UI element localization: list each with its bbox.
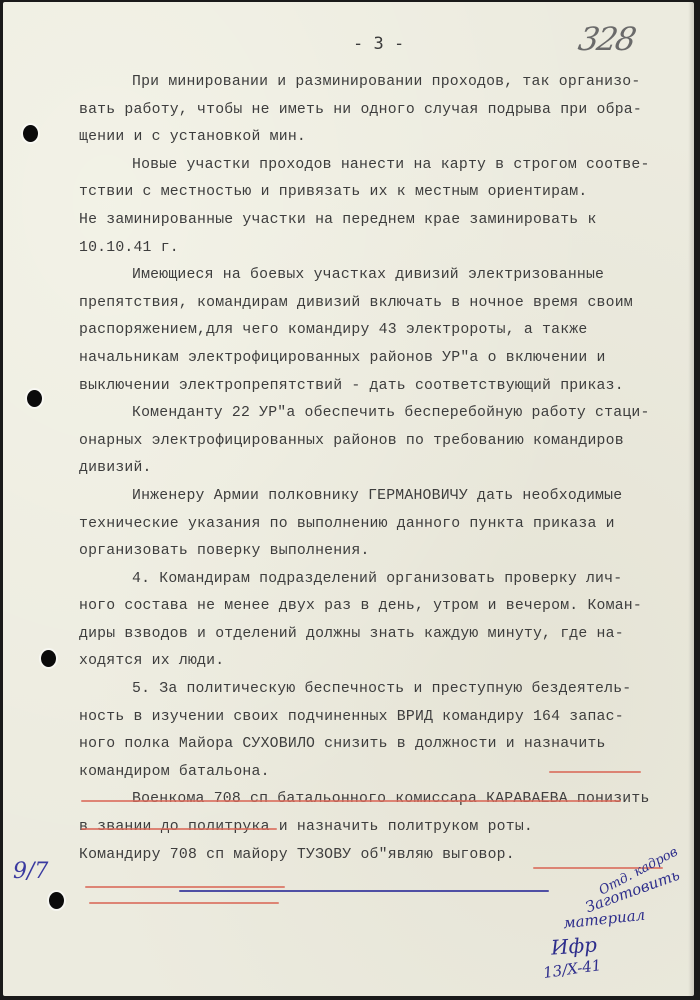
text-line: онарных электрофицированных районов по т… [79,428,689,456]
text-line: вать работу, чтобы не иметь ни одного сл… [79,97,689,125]
text-line: дивизий. [79,455,689,483]
text-line: ходятся их люди. [79,648,689,676]
red-underline [81,800,621,802]
text-line: Имеющиеся на боевых участках дивизий эле… [79,262,689,290]
text-line: ность в изучении своих подчиненных ВРИД … [79,704,689,732]
handwritten-line: Ифр [550,932,597,959]
archive-page-number: 328 [576,20,638,58]
punch-hole [27,390,42,407]
handwritten-line: материал [562,906,646,932]
text-line: организовать поверку выполнения. [79,538,689,566]
text-line: тствии с местностью и привязать их к мес… [79,179,689,207]
text-line: щении и с установкой мин. [79,124,689,152]
punch-hole [41,650,56,667]
text-line: Командиру 708 сп майору ТУЗОВУ об"являю … [79,842,689,870]
text-line: 10.10.41 г. [79,235,689,263]
text-line: Инженеру Армии полковнику ГЕРМАНОВИЧУ да… [79,483,689,511]
document-page: - 3 - 328 9/7 При минировании и разминир… [3,2,694,996]
text-line: ного состава не менее двух раз в день, у… [79,593,689,621]
punch-hole [49,892,64,909]
red-underline [85,886,285,888]
text-line: Новые участки проходов нанести на карту … [79,152,689,180]
text-line: препятствия, командирам дивизий включать… [79,290,689,318]
red-underline [89,902,279,904]
margin-note: 9/7 [13,859,48,884]
punch-hole [23,125,38,142]
text-line: выключении электропрепятствий - дать соо… [79,373,689,401]
text-line: ного полка Майора СУХОВИЛО снизить в дол… [79,731,689,759]
document-body: При минировании и разминировании проходо… [79,69,689,869]
text-line: Не заминированные участки на переднем кр… [79,207,689,235]
red-underline [81,828,277,830]
text-line: диры взводов и отделений должны знать ка… [79,621,689,649]
text-line: При минировании и разминировании проходо… [79,69,689,97]
red-underline [549,771,641,773]
text-line: 5. За политическую беспечность и преступ… [79,676,689,704]
text-line: распоряжением,для чего командиру 43 элек… [79,317,689,345]
text-line: начальникам электрофицированных районов … [79,345,689,373]
text-line: 4. Командирам подразделений организовать… [79,566,689,594]
page-number: - 3 - [353,34,404,54]
text-line: Коменданту 22 УР"а обеспечить бесперебой… [79,400,689,428]
blue-underline [179,890,549,892]
handwritten-line: 13/X-41 [542,956,602,982]
text-line: технические указания по выполнению данно… [79,511,689,539]
